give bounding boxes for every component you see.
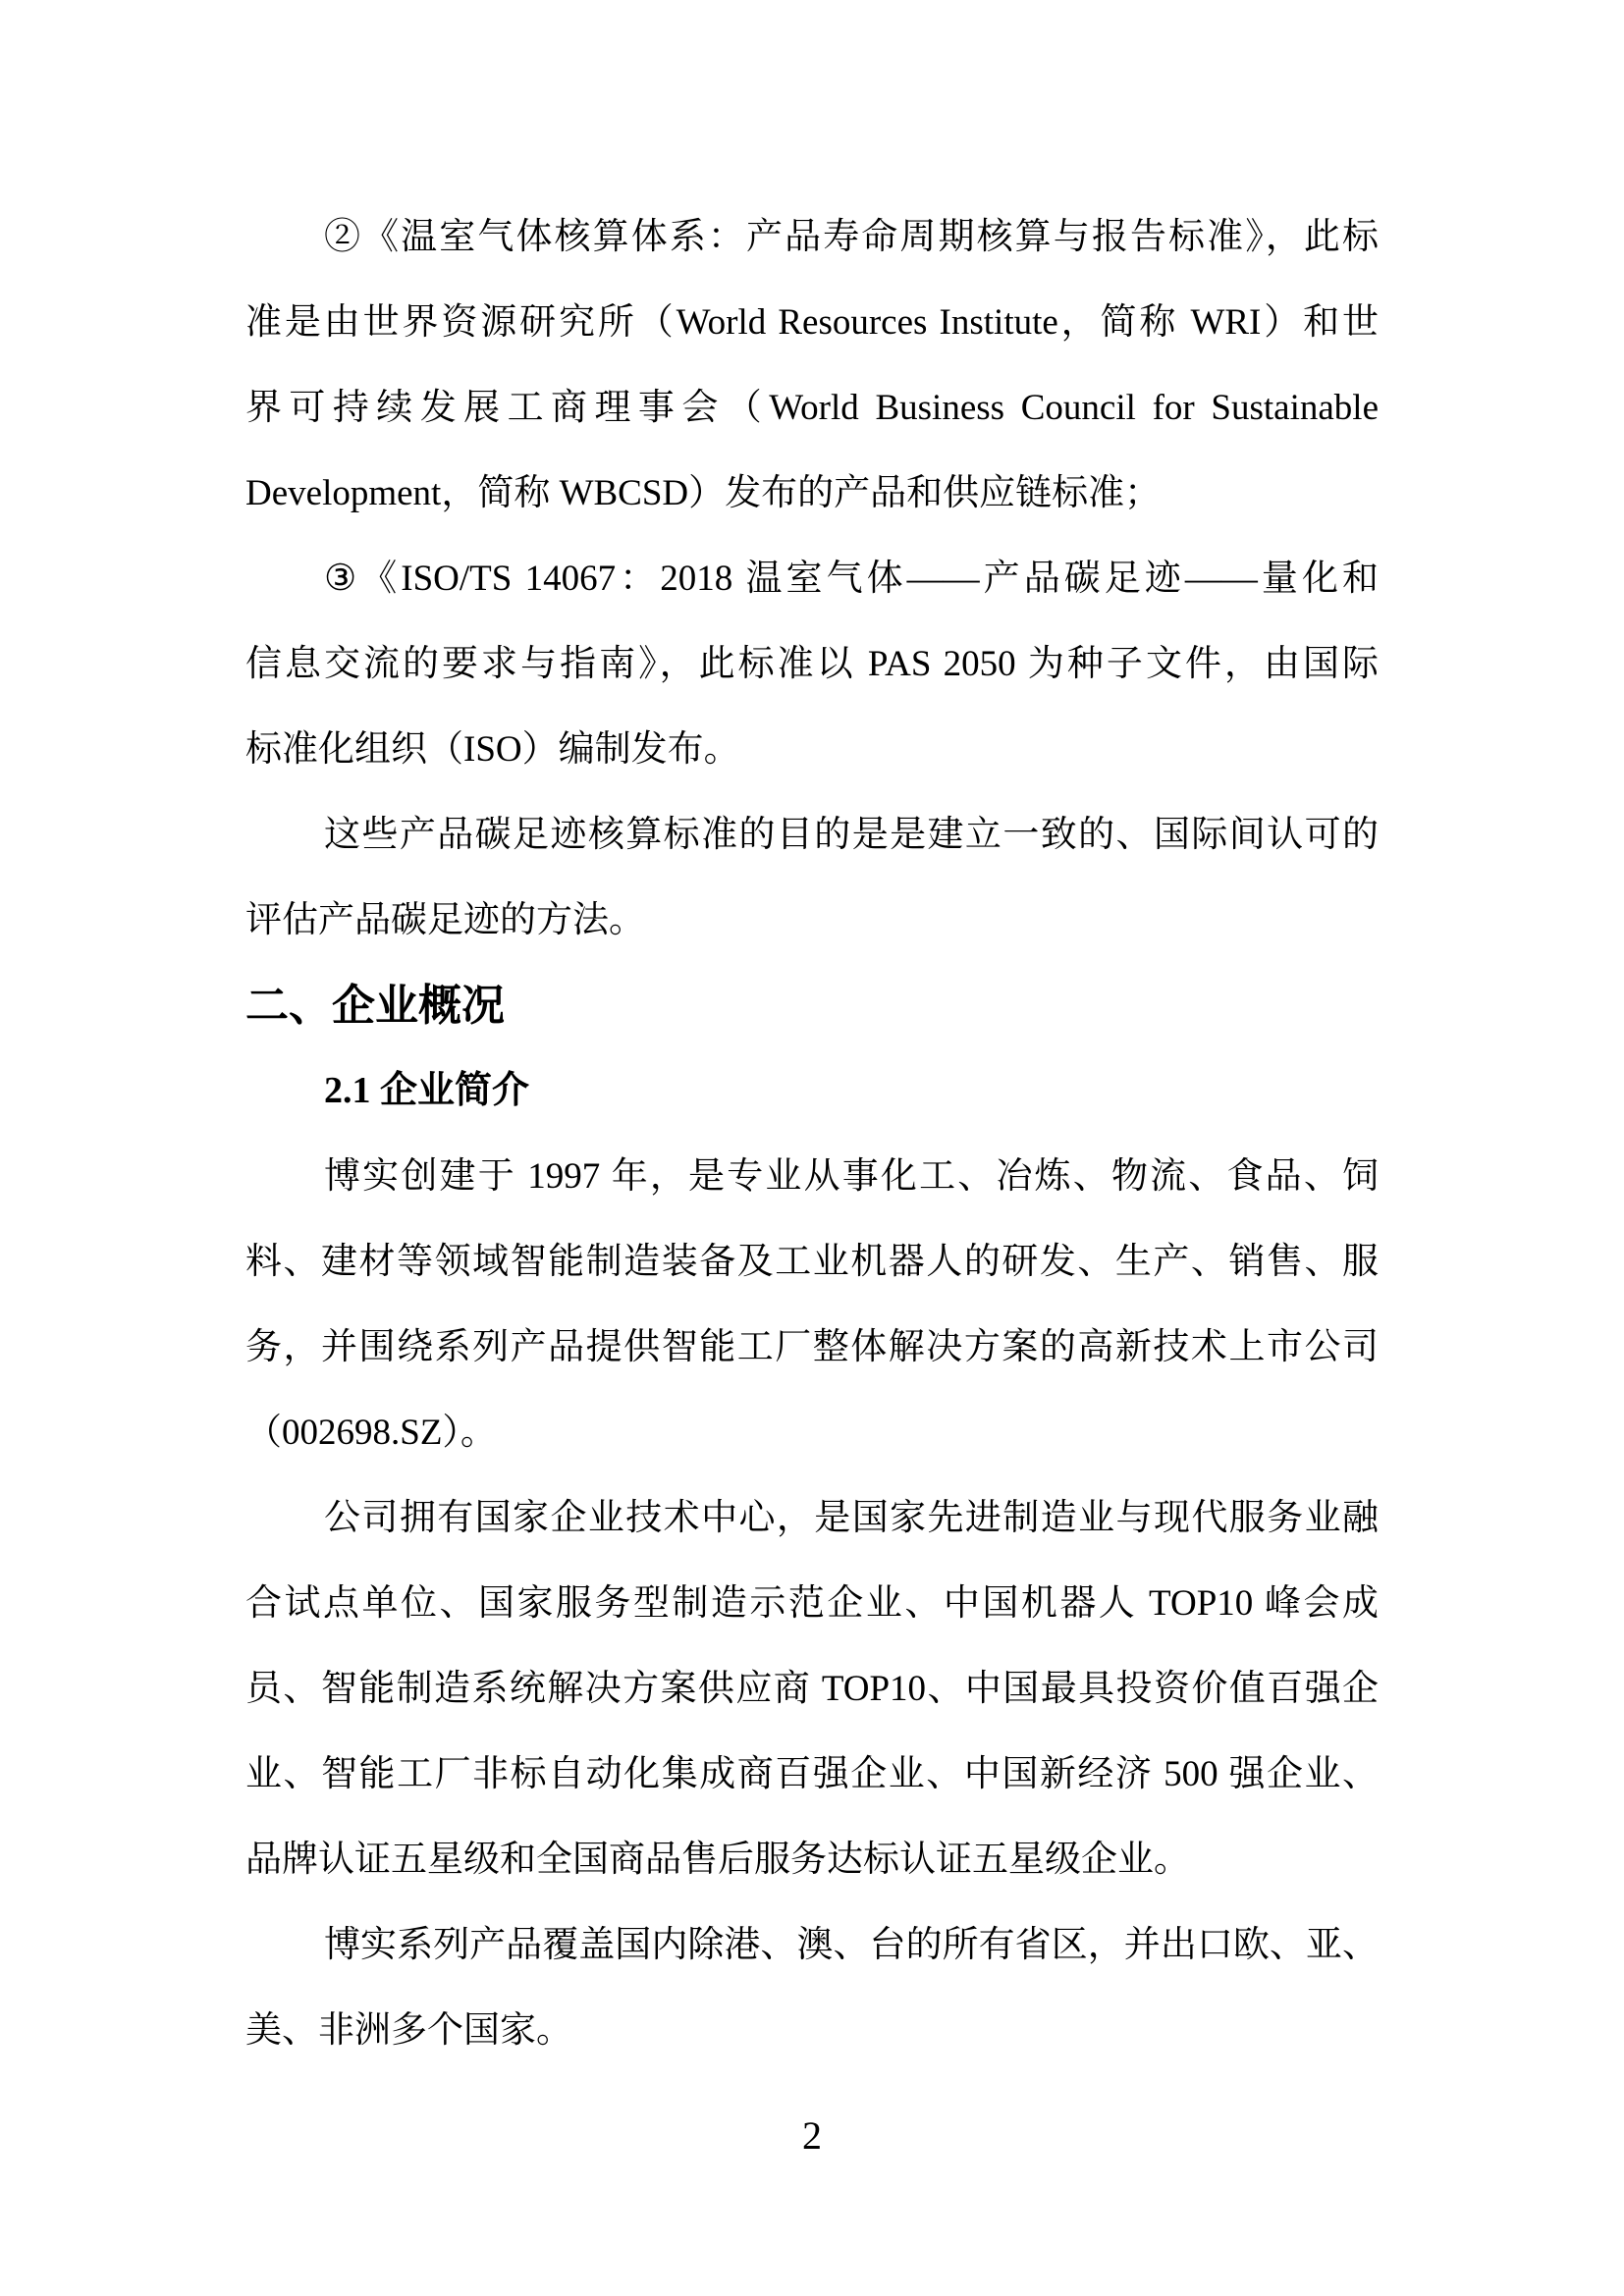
text-line: 料、建材等领域智能制造装备及工业机器人的研发、生产、销售、服	[245, 1219, 1379, 1305]
text-line: ②《温室气体核算体系：产品寿命周期核算与报告标准》，此标	[245, 194, 1379, 280]
text-line: 标准化组织（ISO）编制发布。	[245, 707, 1379, 792]
text-line: 博实系列产品覆盖国内除港、澳、台的所有省区，并出口欧、亚、	[245, 1902, 1379, 1988]
text-line: 博实创建于 1997 年，是专业从事化工、冶炼、物流、食品、饲	[245, 1134, 1379, 1219]
text-line: 员、智能制造系统解决方案供应商 TOP10、中国最具投资价值百强企	[245, 1646, 1379, 1732]
para-company-founding: 博实创建于 1997 年，是专业从事化工、冶炼、物流、食品、饲料、建材等领域智能…	[245, 1134, 1379, 1475]
text-line: 界可持续发展工商理事会（World Business Council for S…	[245, 365, 1379, 451]
text-line: 品牌认证五星级和全国商品售后服务达标认证五星级企业。	[245, 1817, 1379, 1902]
text-line: 务，并围绕系列产品提供智能工厂整体解决方案的高新技术上市公司	[245, 1305, 1379, 1390]
para-standards-purpose: 这些产品碳足迹核算标准的目的是是建立一致的、国际间认可的评估产品碳足迹的方法。	[245, 792, 1379, 963]
text-line: 评估产品碳足迹的方法。	[245, 878, 1379, 963]
document-page: ②《温室气体核算体系：产品寿命周期核算与报告标准》，此标准是由世界资源研究所（W…	[0, 0, 1624, 2296]
text-line: 准是由世界资源研究所（World Resources Institute，简称 …	[245, 280, 1379, 365]
para-company-honors: 公司拥有国家企业技术中心，是国家先进制造业与现代服务业融合试点单位、国家服务型制…	[245, 1475, 1379, 1902]
text-line: Development，简称 WBCSD）发布的产品和供应链标准；	[245, 451, 1379, 536]
text-line: 美、非洲多个国家。	[245, 1988, 1379, 2073]
text-line: ③《ISO/TS 14067：2018 温室气体——产品碳足迹——量化和	[245, 536, 1379, 621]
heading-company-overview: 二、企业概况	[245, 963, 1379, 1048]
heading-company-intro: 2.1 企业简介	[245, 1048, 1379, 1134]
para-company-coverage: 博实系列产品覆盖国内除港、澳、台的所有省区，并出口欧、亚、美、非洲多个国家。	[245, 1902, 1379, 2073]
text-line: 信息交流的要求与指南》，此标准以 PAS 2050 为种子文件，由国际	[245, 621, 1379, 707]
document-body: ②《温室气体核算体系：产品寿命周期核算与报告标准》，此标准是由世界资源研究所（W…	[245, 194, 1379, 2073]
page-number: 2	[0, 2116, 1624, 2156]
text-line: 合试点单位、国家服务型制造示范企业、中国机器人 TOP10 峰会成	[245, 1561, 1379, 1646]
text-line: 公司拥有国家企业技术中心，是国家先进制造业与现代服务业融	[245, 1475, 1379, 1561]
para-ghg-protocol-standard: ②《温室气体核算体系：产品寿命周期核算与报告标准》，此标准是由世界资源研究所（W…	[245, 194, 1379, 536]
para-iso-ts-14067: ③《ISO/TS 14067：2018 温室气体——产品碳足迹——量化和信息交流…	[245, 536, 1379, 792]
text-line: （002698.SZ）。	[245, 1390, 1379, 1475]
text-line: 这些产品碳足迹核算标准的目的是是建立一致的、国际间认可的	[245, 792, 1379, 878]
text-line: 业、智能工厂非标自动化集成商百强企业、中国新经济 500 强企业、	[245, 1732, 1379, 1817]
